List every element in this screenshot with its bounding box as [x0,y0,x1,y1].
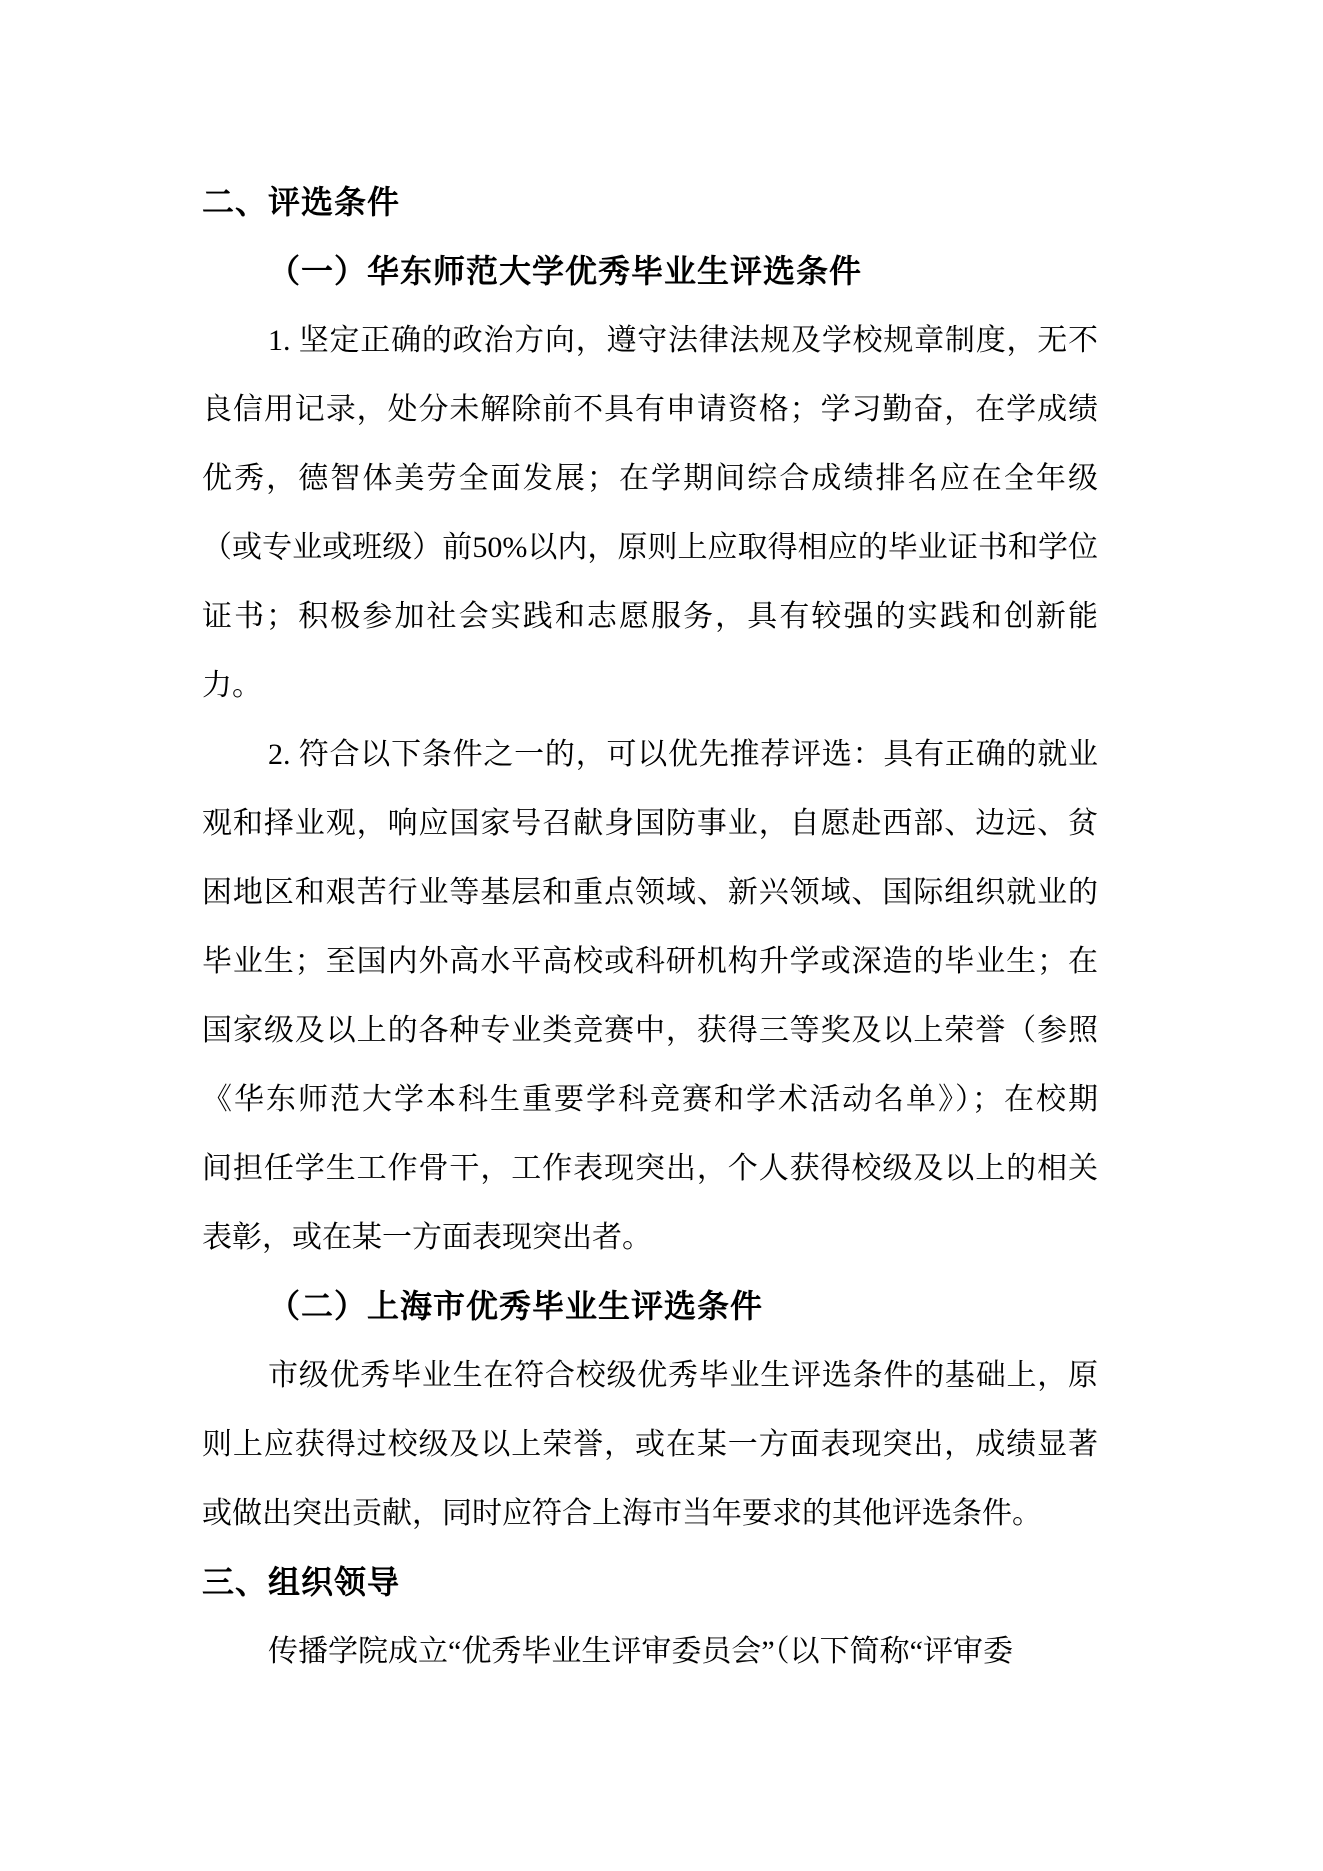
paragraph-line: 力。 [202,651,1098,720]
paragraph-line: 证书；积极参加社会实践和志愿服务，具有较强的实践和创新能 [202,582,1098,651]
paragraph-line: 市级优秀毕业生在符合校级优秀毕业生评选条件的基础上，原 [202,1341,1098,1410]
paragraph-line: 2. 符合以下条件之一的，可以优先推荐评选：具有正确的就业 [202,720,1098,789]
paragraph-line: 国家级及以上的各种专业类竞赛中，获得三等奖及以上荣誉（参照 [202,996,1098,1065]
paragraph-line: 《华东师范大学本科生重要学科竞赛和学术活动名单》）；在校期 [202,1065,1098,1134]
paragraph-line: 传播学院成立“优秀毕业生评审委员会”（以下简称“评审委 [202,1617,1098,1686]
document-page: 二、评选条件（一）华东师范大学优秀毕业生评选条件1. 坚定正确的政治方向，遵守法… [0,0,1323,1871]
paragraph-line: 良信用记录，处分未解除前不具有申请资格；学习勤奋，在学成绩 [202,375,1098,444]
paragraph-line: 或做出突出贡献，同时应符合上海市当年要求的其他评选条件。 [202,1479,1098,1548]
paragraph-line: 表彰，或在某一方面表现突出者。 [202,1203,1098,1272]
paragraph-line: 困地区和艰苦行业等基层和重点领域、新兴领域、国际组织就业的 [202,858,1098,927]
paragraph-line: 优秀，德智体美劳全面发展；在学期间综合成绩排名应在全年级 [202,444,1098,513]
document-body: 二、评选条件（一）华东师范大学优秀毕业生评选条件1. 坚定正确的政治方向，遵守法… [202,168,1098,1686]
paragraph-line: 毕业生；至国内外高水平高校或科研机构升学或深造的毕业生；在 [202,927,1098,996]
section-heading: 三、组织领导 [202,1548,1098,1617]
paragraph-line: 观和择业观，响应国家号召献身国防事业，自愿赴西部、边远、贫 [202,789,1098,858]
paragraph-line: 间担任学生工作骨干，工作表现突出，个人获得校级及以上的相关 [202,1134,1098,1203]
subsection-heading: （二）上海市优秀毕业生评选条件 [202,1272,1098,1341]
paragraph-line: 则上应获得过校级及以上荣誉，或在某一方面表现突出，成绩显著 [202,1410,1098,1479]
paragraph-line: 1. 坚定正确的政治方向，遵守法律法规及学校规章制度，无不 [202,306,1098,375]
paragraph-line: （或专业或班级）前50%以内，原则上应取得相应的毕业证书和学位 [202,513,1098,582]
subsection-heading: （一）华东师范大学优秀毕业生评选条件 [202,237,1098,306]
section-heading: 二、评选条件 [202,168,1098,237]
